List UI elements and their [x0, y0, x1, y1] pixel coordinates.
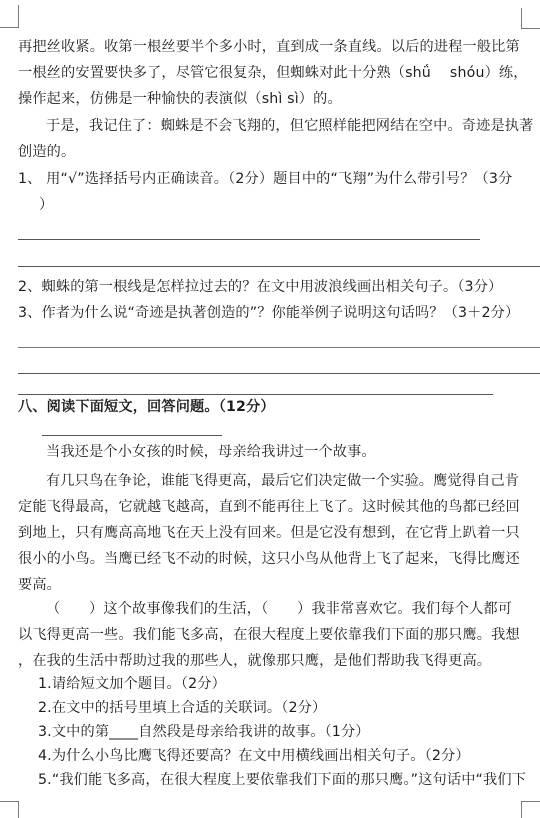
- story-line: ，在我的生活中帮助过我的那些人，就像那只鹰，是他们帮助我飞得更高。: [18, 651, 491, 671]
- section8-question-2: 2.在文中的括号里填上合适的关联词。（2分）: [38, 698, 326, 718]
- section8-question-5: 5.“我们能飞多高，在很大程度上要依靠我们下面的那只鹰。”这句话中“我们下: [38, 770, 526, 790]
- passage-line: 创造的。: [18, 142, 75, 162]
- story-paragraph-1: 当我还是个小女孩的时候，母亲给我讲过一个故事。: [46, 442, 376, 462]
- answer-line[interactable]: [18, 266, 540, 267]
- corner-mark-top-left: [0, 5, 19, 28]
- section-heading: 八、阅读下面短文，回答问题。（12分）: [18, 397, 275, 417]
- story-line: 到地上，只有鹰高高地飞在天上没有回来。但是它没有想到，在它背上趴着一只: [18, 523, 520, 543]
- passage-line: 一根丝的安置要快多了，尽管它很复杂，但蜘蛛对此十分熟（shǘ shóu）练，: [18, 63, 528, 83]
- passage-line: 于是，我记住了：蜘蛛是不会飞翔的，但它照样能把网结在空中。奇迹是执著: [46, 116, 533, 136]
- title-answer-line[interactable]: [42, 435, 222, 436]
- question-1: 1、 用“√”选择括号内正确读音。（2分）题目中的“飞翔”为什么带引号？（3分: [18, 169, 512, 189]
- answer-line[interactable]: [18, 239, 480, 240]
- story-line: 要高。: [18, 575, 61, 595]
- story-line: 定能飞得最高，它就越飞越高，直到不能再往上飞了。这时候其他的鸟都已经回: [18, 497, 520, 517]
- corner-mark-top-right: [521, 8, 540, 29]
- story-line: 有几只鸟在争论，谁能飞得更高，最后它们决定做一个实验。鹰觉得自己肯: [46, 471, 519, 491]
- section8-question-4: 4.为什么小鸟比鹰飞得还要高？在文中用横线画出相关句子。（2分）: [38, 746, 470, 766]
- document-page: 再把丝收紧。收第一根丝要半个多小时，直到成一条直线。以后的进程一般比第 一根丝的…: [0, 0, 540, 818]
- question-1-continued: ）: [39, 195, 53, 215]
- answer-line[interactable]: [18, 373, 540, 374]
- question-2: 2、蜘蛛的第一根线是怎样拉过去的？在文中用波浪线画出相关句子。（3分）: [18, 277, 502, 297]
- corner-mark-bottom-left: [0, 801, 19, 818]
- section8-question-1: 1.请给短文加个题目。（2分）: [38, 674, 226, 694]
- corner-mark-bottom-right: [521, 801, 540, 818]
- answer-line[interactable]: [18, 347, 540, 348]
- passage-line: 再把丝收紧。收第一根丝要半个多小时，直到成一条直线。以后的进程一般比第: [18, 37, 520, 57]
- section8-question-3: 3.文中的第____自然段是母亲给我讲的故事。（1分）: [38, 722, 370, 742]
- passage-line: 操作起来，仿佛是一种愉快的表演似（shì sì）的。: [18, 89, 342, 109]
- question-3: 3、作者为什么说“奇迹是执著创造的”？你能举例子说明这句话吗？（3＋2分）: [18, 303, 519, 323]
- story-line: 以飞得更高一些。我们能飞多高，在很大程度上要依靠我们下面的那只鹰。我想: [18, 625, 520, 645]
- story-line: 很小的小鸟。当鹰已经飞不动的时候，这只小鸟从他背上飞了起来，飞得比鹰还: [18, 549, 520, 569]
- answer-line[interactable]: [18, 394, 493, 395]
- story-line: （ ）这个故事像我们的生活，（ ）我非常喜欢它。我们每个人都可: [46, 599, 512, 619]
